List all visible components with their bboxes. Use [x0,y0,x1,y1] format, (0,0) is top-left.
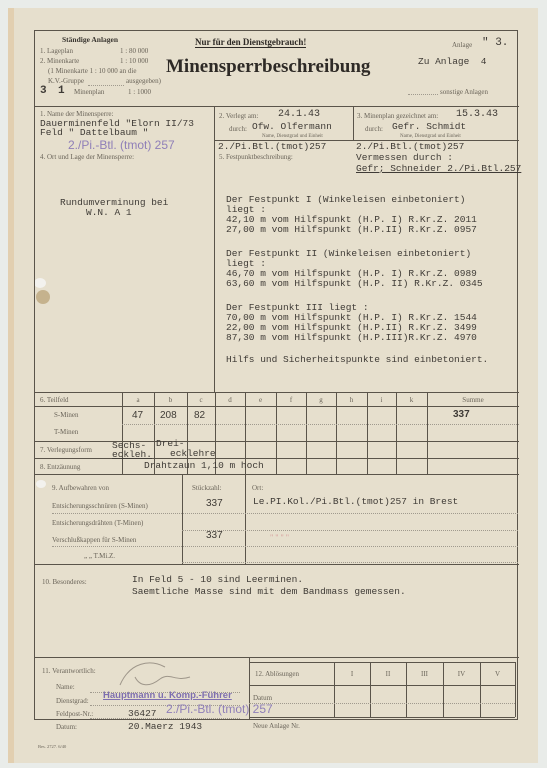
location-label: 4. Ort und Lage der Minensperre: [40,153,134,161]
laying-form-a-2: eckleh. [112,450,152,460]
page-title: Minensperrbeschreibung [166,56,370,78]
fieldpost-label: Feldpost-Nr.: [56,710,93,718]
column-header: i [367,396,396,404]
storage-row-place: Le.PI.Kol./Pi.Btl.(tmot)257 in Brest [253,497,458,507]
date-value: 20.Maerz 1943 [128,722,202,732]
plan-drawn-date: 15.3.43 [456,110,498,120]
unit-3: 2./Pi.Btl.(tmot)257 [356,142,464,152]
column-header: a [122,396,154,404]
remarks-line-1: In Feld 5 - 10 sind Leerminen. [132,575,303,585]
plan-drawn-label: 3. Minenplan gezeichnet am: [357,112,438,120]
paper-edge [8,8,14,763]
ditto-mark: " " " " [270,533,289,542]
place-header: Ort: [252,484,263,492]
storage-row-label: Entsicherungsschnüren (S-Minen) [52,502,148,510]
replacements-label: 12. Ablösungen [255,670,299,678]
fp-line: 87,30 m vom Hilfspunkt (H.P.III)R.Kr.Z. … [226,333,477,343]
replacement-column: II [370,670,406,678]
kv-gruppe-note: ausgegeben) [126,77,161,85]
column-header: e [245,396,276,404]
name-label: 1. Name der Minensperre: [40,110,113,118]
column-header: h [336,396,367,404]
storage-label: 9. Aufbewahren von [52,484,109,492]
laid-by: Ofw. Olfermann [252,122,332,132]
replacement-column: III [406,670,443,678]
name-field-label: Name: [56,683,75,691]
fp-line: 63,60 m vom Hilfspunkt (H.P. II) R.Kr.Z.… [226,279,483,289]
laid-on-label: 2. Verlegt am: [219,112,258,120]
kv-gruppe-label: K.V.-Gruppe [48,77,84,85]
minenkarte-scale: 1 : 10 000 [120,57,148,65]
unit-2: 2./Pi.Btl.(tmot)257 [218,142,326,152]
s-mines-label: S-Minen [54,411,79,419]
storage-row-label: Verschlußkappen für S-Minen [52,536,136,544]
minenkarte-note: (1 Minenkarte 1 : 10 000 an die [48,67,136,75]
minenkarte-label: 2. Minenkarte [40,57,79,65]
laid-on-date: 24.1.43 [278,110,320,120]
replacement-column: I [334,670,370,678]
fencing-label: 8. Entzäunung [40,463,80,471]
column-header: b [154,396,187,404]
plan-drawn-by-label: durch: [365,125,383,133]
minenplan-scale: 1 : 1000 [128,88,151,96]
plan-drawn-by: Gefr. Schmidt [392,122,466,132]
fencing-value: Drahtzaun 1,10 m hoch [144,461,264,471]
remarks-label: 10. Besonderes: [42,578,87,586]
subfield-label: 6. Teilfeld [40,396,69,404]
print-code: Bes. 2727. 6/40 [38,744,66,749]
laid-by-label: durch: [229,125,247,133]
s-mines-sum: 337 [453,409,470,420]
replacement-new-attachment-label: Neue Anlage Nr. [253,722,300,730]
fp-line: 27,00 m vom Hilfspunkt (H.P.II) R.Kr.Z. … [226,225,477,235]
unit-stamp: 2./Pi.-Btl. (tmot) 257 [68,138,175,152]
rank-field-label: Dienstgrad: [56,697,89,705]
fieldpost-value: 36427 [128,709,157,719]
count-header: Stückzahl: [192,484,222,492]
measured-by: Gefr; Schneider 2./Pi.Btl.257 [356,164,521,174]
storage-row-count: 337 [206,498,223,509]
laid-by-sublabel: Name, Dienstgrad und Einheit [262,134,323,139]
sum-header: Summe [427,396,519,404]
lageplan-scale: 1 : 80 000 [120,47,148,55]
anlage-value: " 3. [482,38,508,48]
column-header: f [276,396,306,404]
anlage-label: Anlage [452,41,472,49]
storage-row-count: 337 [206,530,223,541]
minenplan-count-a: 3 [40,86,47,96]
s-mines-a: 47 [132,410,143,421]
plan-drawn-sublabel: Name, Dienstgrad und Einheit [400,134,461,139]
replacement-column: IV [443,670,480,678]
storage-row-label: Entsicherungsdrähten (T-Minen) [52,519,143,527]
other-attachments-label: sonstige Anlagen [440,88,488,96]
zu-anlage: Zu Anlage 4 [418,57,486,67]
s-mines-b: 208 [160,410,177,421]
measured-label: Vermessen durch : [356,153,453,163]
s-mines-c: 82 [194,410,205,421]
column-header: c [187,396,215,404]
restricted-notice: Nur für den Dienstgebrauch! [195,37,306,48]
laying-form-b-2: ecklehre [170,449,216,459]
column-header: g [306,396,336,404]
replacement-column: V [480,670,515,678]
replacement-date-label: Datum [253,694,272,702]
responsible-label: 11. Verantwortlich: [42,667,96,675]
fixed-points-label: 5. Festpunktbeschreibung: [219,153,293,161]
permanent-attachments-title: Ständige Anlagen [62,35,118,44]
minenplan-label: Minenplan [74,88,104,96]
minenplan-count-b: 1 [58,86,65,96]
column-header: d [215,396,245,404]
commander-stamp: Hauptmann u. Komp.-Führer [103,690,232,701]
unit-stamp-footer: 2./Pi.-Btl. (tmot) 257 [166,702,273,716]
storage-row-label: „ „ T.Mi.Z. [84,552,115,560]
laying-form-label: 7. Verlegungsform [40,446,92,454]
name-line-2: Feld " Dattelbaum " [40,128,148,138]
date-field-label: Datum: [56,723,77,731]
lageplan-label: 1. Lageplan [40,47,73,55]
fp-line: Hilfs und Sicherheitspunkte sind einbeto… [226,355,488,365]
remarks-line-2: Saemtliche Masse sind mit dem Bandmass g… [132,587,406,597]
t-mines-label: T-Minen [54,428,78,436]
location-line-2: W.N. A 1 [86,208,132,218]
column-header: k [396,396,427,404]
